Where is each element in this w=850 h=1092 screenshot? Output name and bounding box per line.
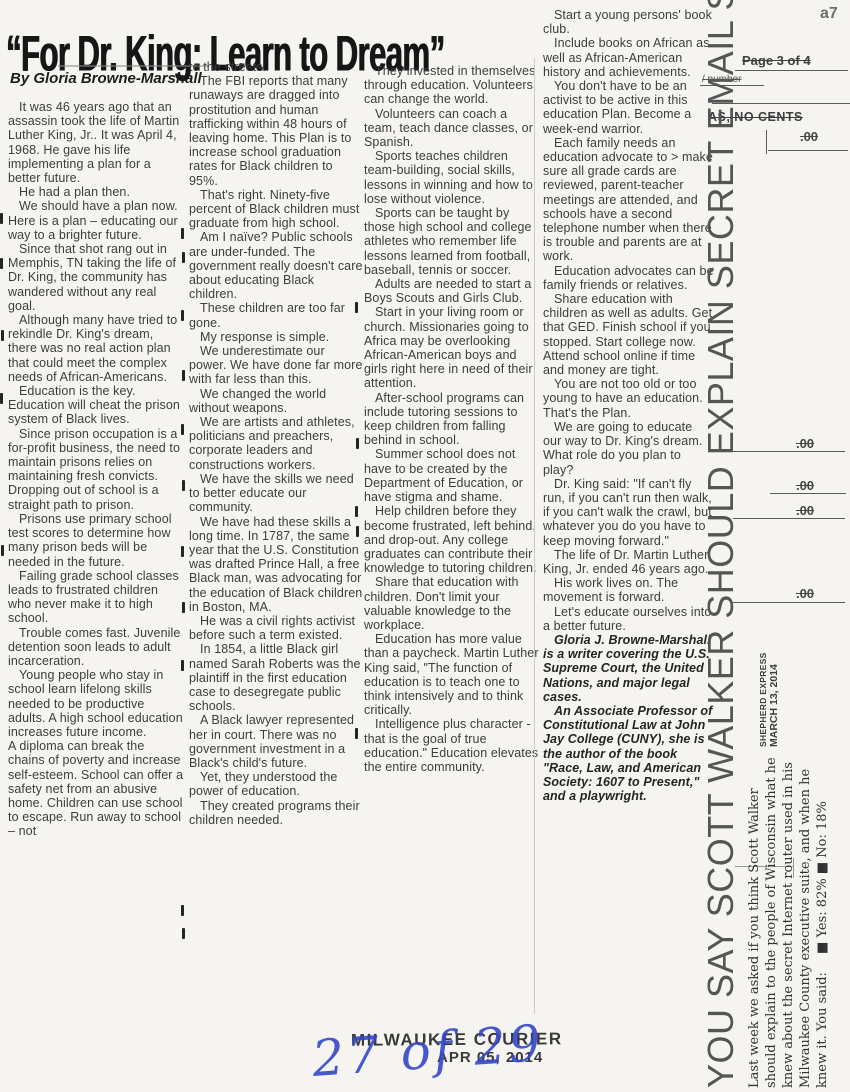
- paragraph: Since that shot rang out in Memphis, TN …: [8, 242, 184, 313]
- paragraph: Help children before they become frustra…: [364, 504, 542, 575]
- ink-mark: [182, 370, 185, 381]
- paragraph: Trouble comes fast. Juvenile detention s…: [8, 626, 184, 669]
- handwritten-page-number: 27 of 29: [310, 1014, 545, 1088]
- paragraph: Each family needs an education advocate …: [543, 136, 714, 264]
- paragraph: He had a plan then.: [8, 185, 184, 199]
- ink-mark: [181, 546, 184, 557]
- form-line: [733, 602, 845, 603]
- page-number-field: Page 3 of 4: [742, 53, 811, 68]
- paragraph: Dr. King said: "If can't fly run, if you…: [543, 477, 714, 548]
- paragraph: Intelligence plus character - that is th…: [364, 717, 542, 774]
- amount-field-2: .00: [778, 436, 832, 451]
- paragraph: Gloria J. Browne-Marshall is a writer co…: [543, 633, 714, 704]
- ink-mark: [0, 258, 3, 269]
- column-rule: [534, 58, 535, 1014]
- paragraph: Prisons use primary school test scores t…: [8, 512, 184, 569]
- ink-mark: [356, 438, 359, 449]
- paragraph: We have had these skills a long time. In…: [189, 515, 365, 614]
- paragraph: Include books on African as well as Afri…: [543, 36, 714, 79]
- paragraph: They invested in themselves through educ…: [364, 64, 542, 107]
- ink-mark: [182, 602, 185, 613]
- paragraph: My response is simple.: [189, 330, 365, 344]
- paragraph: Share that education with children. Don'…: [364, 575, 542, 632]
- newspaper-page: “For Dr. King: Learn to Dream” By Gloria…: [0, 0, 850, 1092]
- paragraph: We should have a plan now. Here is a pla…: [8, 199, 184, 242]
- paragraph: Let's educate ourselves into a better fu…: [543, 605, 714, 633]
- paragraph: Start in your living room or church. Mis…: [364, 305, 542, 390]
- ink-mark: [355, 302, 358, 313]
- paragraph: It was 46 years ago that an assassin too…: [8, 100, 184, 185]
- paragraph: We changed the world without weapons.: [189, 387, 365, 415]
- paragraph: A diploma can break the chains of povert…: [8, 739, 184, 838]
- ink-mark: [0, 393, 3, 404]
- paragraph: Share education with children as well as…: [543, 292, 714, 377]
- vertical-headline: YOU SAY SCOTT WALKER SHOULD EXPLAIN SECR…: [700, 66, 742, 1088]
- paragraph: We are artists and athletes, politicians…: [189, 415, 365, 472]
- ink-mark: [182, 480, 185, 491]
- paragraph: The life of Dr. Martin Luther King, Jr. …: [543, 548, 714, 576]
- ink-mark: [181, 424, 184, 435]
- paragraph: The FBI reports that many runaways are d…: [189, 74, 365, 188]
- paragraph: You don't have to be an activist to be a…: [543, 79, 714, 136]
- paragraph: Am I naïve? Public schools are under-fun…: [189, 230, 365, 301]
- corner-mark: a7: [820, 5, 838, 23]
- amount-field-3: .00: [778, 478, 832, 493]
- paragraph: Education advocates can be family friend…: [543, 264, 714, 292]
- poll-caption: Last week we asked if you think Scott Wa…: [746, 750, 831, 1088]
- form-line: [768, 150, 848, 151]
- paragraph: In 1854, a little Black girl named Sarah…: [189, 642, 365, 713]
- ink-mark: [356, 526, 359, 537]
- paragraph: We are going to educate our way to Dr. K…: [543, 420, 714, 477]
- paragraph: Since prison occupation is a for-profit …: [8, 427, 184, 484]
- source-stamp: SHEPHERD EXPRESS MARCH 13, 2014: [758, 645, 780, 747]
- paragraph: Dropping out of school is a straight pat…: [8, 483, 184, 511]
- paragraph: Sports teaches children team-building, s…: [364, 149, 542, 206]
- amount-field-1: .00: [782, 129, 836, 144]
- paragraph: to the streets.: [189, 60, 365, 74]
- article-column-2: to the streets.The FBI reports that many…: [189, 60, 365, 827]
- paragraph: You are not too old or too young to have…: [543, 377, 714, 420]
- source-date: MARCH 13, 2014: [769, 645, 780, 747]
- paragraph: He was a civil rights activist before su…: [189, 614, 365, 642]
- paragraph: We have the skills we need to better edu…: [189, 472, 365, 515]
- amount-field-5: .00: [778, 586, 832, 601]
- ink-mark: [181, 660, 184, 671]
- article-column-4: Start a young persons' book club.Include…: [543, 8, 714, 803]
- form-line: [770, 493, 846, 494]
- paragraph: Young people who stay in school learn li…: [8, 668, 184, 739]
- paragraph: Yet, they understood the power of educat…: [189, 770, 365, 798]
- form-line: [733, 451, 845, 452]
- paragraph: After-school programs can include tutori…: [364, 391, 542, 448]
- paragraph: These children are too far gone.: [189, 301, 365, 329]
- paragraph: Summer school does not have to be create…: [364, 447, 542, 504]
- ink-mark: [355, 728, 358, 739]
- paragraph: An Associate Professor of Constitutional…: [543, 704, 714, 803]
- paragraph: Sports can be taught by those high schoo…: [364, 206, 542, 277]
- ink-mark: [1, 545, 4, 556]
- paragraph: Education is the key. Education will che…: [8, 384, 184, 427]
- paragraph: A Black lawyer represented her in court.…: [189, 713, 365, 770]
- ink-mark: [181, 905, 184, 916]
- ink-mark: [1, 330, 4, 341]
- ink-mark: [181, 228, 184, 239]
- paragraph: Start a young persons' book club.: [543, 8, 714, 36]
- ink-mark: [355, 506, 358, 517]
- ink-mark: [181, 310, 184, 321]
- paragraph: Failing grade school classes leads to fr…: [8, 569, 184, 626]
- article-column-1: It was 46 years ago that an assassin too…: [8, 100, 184, 839]
- paragraph: Adults are needed to start a Boys Scouts…: [364, 277, 542, 305]
- paragraph: That's right. Ninety-five percent of Bla…: [189, 188, 365, 231]
- poll-results: ■ Yes: 82% ■ No: 18%: [815, 801, 830, 954]
- form-line: [733, 518, 845, 519]
- article-byline: By Gloria Browne-Marshall: [10, 70, 202, 87]
- form-line: [735, 70, 848, 71]
- ink-mark: [0, 213, 3, 224]
- paragraph: His work lives on. The movement is forwa…: [543, 576, 714, 604]
- ink-smudge: [58, 65, 208, 67]
- paragraph: Although many have tried to rekindle Dr.…: [8, 313, 184, 384]
- ink-mark: [182, 252, 185, 263]
- paragraph: Education has more value than a paycheck…: [364, 632, 542, 717]
- article-column-3: They invested in themselves through educ…: [364, 64, 542, 774]
- paragraph: We underestimate our power. We have done…: [189, 344, 365, 387]
- ink-mark: [182, 928, 185, 939]
- paragraph: They created programs their children nee…: [189, 799, 365, 827]
- paragraph: Volunteers can coach a team, teach dance…: [364, 107, 542, 150]
- amount-field-4: .00: [778, 503, 832, 518]
